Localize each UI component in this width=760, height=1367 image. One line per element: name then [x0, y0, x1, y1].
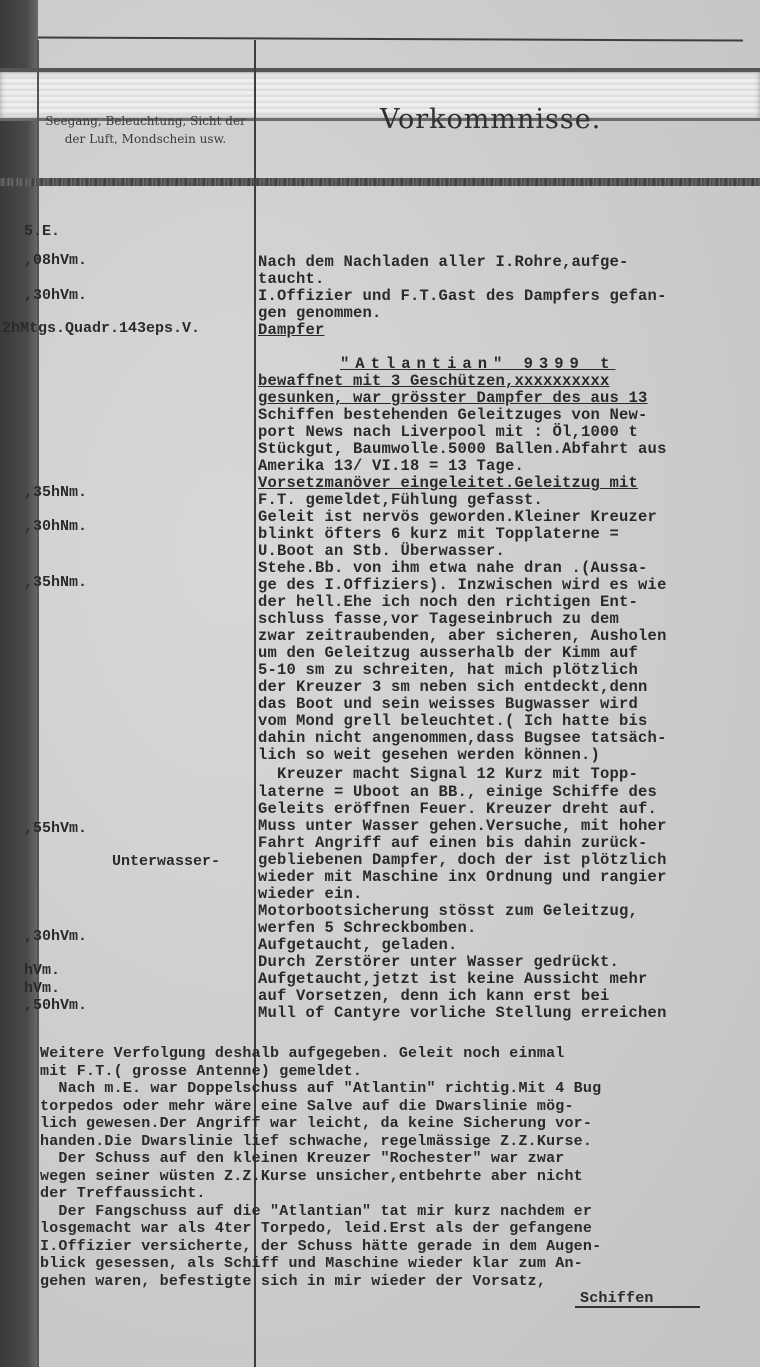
entry-line: werfen 5 Schreckbomben. — [258, 920, 477, 937]
time-entry: ,30hNm. — [24, 518, 87, 535]
time-entry: ,30hVm. — [24, 928, 87, 945]
entry-line: lich so weit gesehen werden können.) — [258, 747, 600, 764]
header-left-column: Seegang, Beleuchtung, Sicht der der Luft… — [38, 112, 253, 148]
entry-line: das Boot und sein weisses Bugwasser wird — [258, 696, 638, 713]
time-entry: ,55hVm. — [24, 820, 87, 837]
entry-line: I.Offizier und F.T.Gast des Dampfers gef… — [258, 288, 667, 305]
footer-line: losgemacht war als 4ter Torpedo, leid.Er… — [40, 1220, 592, 1237]
entry-line: Muss unter Wasser gehen.Versuche, mit ho… — [258, 818, 667, 835]
time-entry: ,08hVm. — [24, 252, 87, 269]
entry-line: Kreuzer macht Signal 12 Kurz mit Topp- — [258, 766, 638, 783]
footer-line: Weitere Verfolgung deshalb aufgegeben. G… — [40, 1045, 564, 1062]
entry-line: Nach dem Nachladen aller I.Rohre,aufge- — [258, 254, 629, 271]
entry-line: Schiffen bestehenden Geleitzuges von New… — [258, 407, 648, 424]
footer-line: torpedos oder mehr wäre eine Salve auf d… — [40, 1098, 574, 1115]
footer-line: mit F.T.( grosse Antenne) gemeldet. — [40, 1063, 362, 1080]
entry-line: F.T. gemeldet,Fühlung gefasst. — [258, 492, 543, 509]
entry-line: Geleit ist nervös geworden.Kleiner Kreuz… — [258, 509, 657, 526]
footer-line: wegen seiner wüsten Z.Z.Kurse unsicher,e… — [40, 1168, 583, 1185]
entry-line: Aufgetaucht, geladen. — [258, 937, 458, 954]
footer-line: der Treffaussicht. — [40, 1185, 206, 1202]
entry-line: bewaffnet mit 3 Geschützen,xxxxxxxxxx — [258, 373, 610, 390]
header-left-line: Seegang, Beleuchtung, Sicht der — [38, 112, 253, 130]
entry-line: der Kreuzer 3 sm neben sich entdeckt,den… — [258, 679, 648, 696]
header-vorkommnisse: Vorkommnisse. — [380, 104, 601, 135]
entry-line: dahin nicht angenommen,dass Bugsee tatsä… — [258, 730, 667, 747]
footer-line: Nach m.E. war Doppelschuss auf "Atlantin… — [40, 1080, 601, 1097]
time-entry: ,30hVm. — [24, 287, 87, 304]
footer-line: Der Schuss auf den kleinen Kreuzer "Roch… — [40, 1150, 564, 1167]
header-left-line: der Luft, Mondschein usw. — [38, 130, 253, 148]
entry-line: gesunken, war grösster Dampfer des aus 1… — [258, 390, 648, 407]
binding-shadow — [0, 0, 38, 1367]
footer-line: lich gewesen.Der Angriff war leicht, da … — [40, 1115, 592, 1132]
time-entry: ,50hVm. — [24, 997, 87, 1014]
entry-line: Aufgetaucht,jetzt ist keine Aussicht meh… — [258, 971, 648, 988]
entry-line: zwar zeitraubenden, aber sicheren, Ausho… — [258, 628, 667, 645]
footer-line: gehen waren, befestigte sich in mir wied… — [40, 1273, 546, 1290]
entry-line: wieder mit Maschine inx Ordnung und rang… — [258, 869, 667, 886]
entry-line: wieder ein. — [258, 886, 363, 903]
time-entry: ,35hNm. — [24, 574, 87, 591]
time-entry: Unterwasser- — [112, 853, 220, 870]
document-page: Seegang, Beleuchtung, Sicht der der Luft… — [0, 0, 760, 1367]
time-entry: 5.E. — [24, 223, 60, 240]
entry-line: gen genommen. — [258, 305, 382, 322]
entry-line: gebliebenen Dampfer, doch der ist plötzl… — [258, 852, 667, 869]
footer-line: I.Offizier versicherte, der Schuss hätte… — [40, 1238, 601, 1255]
closing-word: Schiffen — [580, 1290, 654, 1307]
entry-line: taucht. — [258, 271, 325, 288]
entry-line: ge des I.Offiziers). Inzwischen wird es … — [258, 577, 667, 594]
entry-line: Dampfer — [258, 322, 325, 339]
footer-line: blick gesessen, als Schiff und Maschine … — [40, 1255, 583, 1272]
entry-line: Motorbootsicherung stösst zum Geleitzug, — [258, 903, 638, 920]
entry-line: blinkt öfters 6 kurz mit Topplaterne = — [258, 526, 619, 543]
time-entry: ,35hNm. — [24, 484, 87, 501]
time-entry: 2hMtgs.Quadr.143eps.V. — [2, 320, 200, 337]
footer-line: handen.Die Dwarslinie lief schwache, reg… — [40, 1133, 592, 1150]
entry-line: 5-10 sm zu schreiten, hat mich plötzlich — [258, 662, 638, 679]
entry-line: port News nach Liverpool mit : Öl,1000 t — [258, 424, 638, 441]
entry-line: Fahrt Angriff auf einen bis dahin zurück… — [258, 835, 648, 852]
entry-line: der hell.Ehe ich noch den richtigen Ent- — [258, 594, 638, 611]
entry-line: schluss fasse,vor Tageseinbruch zu dem — [258, 611, 619, 628]
entry-line: vom Mond grell beleuchtet.( Ich hatte bi… — [258, 713, 648, 730]
time-entry: hVm. — [24, 962, 60, 979]
entry-line: Vorsetzmanöver eingeleitet.Geleitzug mit — [258, 475, 638, 492]
entry-line: Stehe.Bb. von ihm etwa nahe dran .(Aussa… — [258, 560, 648, 577]
entry-line: um den Geleitzug ausserhalb der Kimm auf — [258, 645, 638, 662]
signature-underline — [575, 1306, 700, 1308]
entry-line: Amerika 13/ VI.18 = 13 Tage. — [258, 458, 524, 475]
entry-line: laterne = Uboot an BB., einige Schiffe d… — [258, 784, 657, 801]
entry-line: U.Boot an Stb. Überwasser. — [258, 543, 505, 560]
entry-line: Mull of Cantyre vorliche Stellung erreic… — [258, 1005, 667, 1022]
entry-line: Stückgut, Baumwolle.5000 Ballen.Abfahrt … — [258, 441, 667, 458]
entry-line: auf Vorsetzen, denn ich kann erst bei — [258, 988, 610, 1005]
top-rule — [38, 36, 743, 41]
footer-line: Der Fangschuss auf die "Atlantian" tat m… — [40, 1203, 592, 1220]
header-rule — [0, 178, 760, 186]
entry-line: "Atlantian" 9399 t — [340, 356, 615, 373]
entry-line: Geleits eröffnen Feuer. Kreuzer dreht au… — [258, 801, 657, 818]
entry-line: Durch Zerstörer unter Wasser gedrückt. — [258, 954, 619, 971]
time-entry: hVm. — [24, 980, 60, 997]
